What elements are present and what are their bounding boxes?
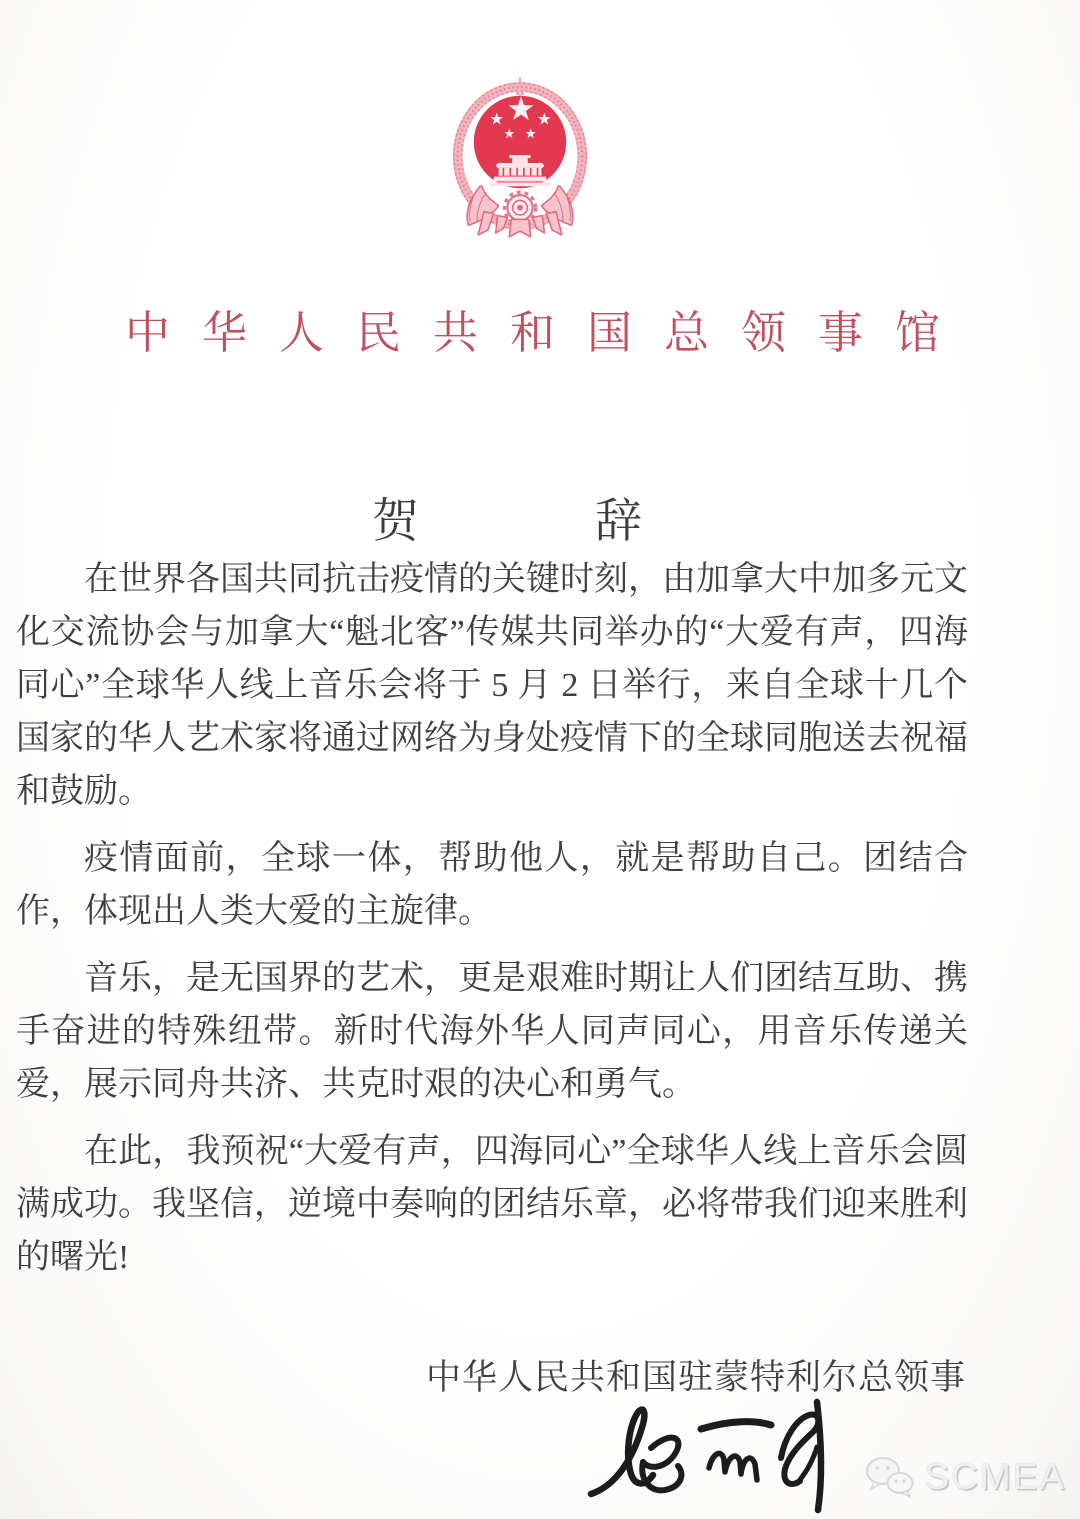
signoff-consul-general: 中华人民共和国驻蒙特利尔总领事: [426, 1350, 966, 1400]
body-paragraph: 音乐，是无国界的艺术，更是艰难时期让人们团结互助、携手奋进的特殊纽带。新时代海外…: [16, 952, 968, 1111]
body-paragraph: 在此，我预祝“大爱有声，四海同心”全球华人线上音乐会圆满成功。我坚信，逆境中奏响…: [16, 1125, 968, 1284]
body-paragraph: 疫情面前，全球一体，帮助他人，就是帮助自己。团结合作，体现出人类大爱的主旋律。: [16, 832, 968, 938]
body-paragraph: 在世界各国共同抗击疫情的关键时刻，由加拿大中加多元文化交流协会与加拿大“魁北客”…: [16, 553, 968, 818]
document-title: 贺辞: [372, 484, 818, 551]
letterhead-consulate-name: 中华人民共和国总领事馆: [125, 296, 972, 361]
watermark: SCMEA: [864, 1455, 1066, 1499]
wechat-icon: [864, 1455, 916, 1499]
handwritten-signature: [583, 1396, 875, 1516]
scanned-letter-page: 中华人民共和国总领事馆 贺辞 在世界各国共同抗击疫情的关键时刻，由加拿大中加多元…: [0, 0, 1080, 1519]
letter-body: 在世界各国共同抗击疫情的关键时刻，由加拿大中加多元文化交流协会与加拿大“魁北客”…: [16, 553, 968, 1298]
watermark-text: SCMEA: [924, 1456, 1066, 1498]
national-emblem-icon: [447, 72, 593, 250]
